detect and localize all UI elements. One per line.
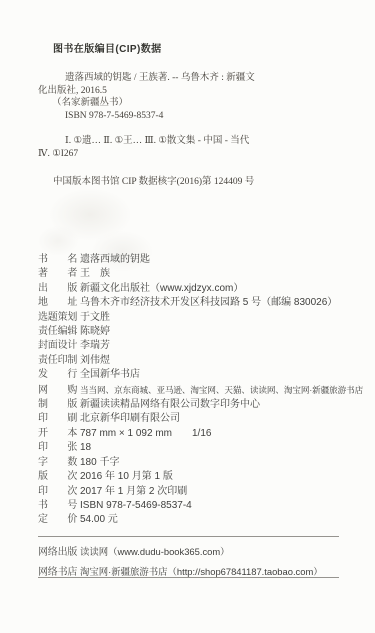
online-store-value: 读读网（www.dudu-book365.com）	[80, 542, 230, 561]
colophon-row: 出 版 新疆文化出版社（www.xjdzyx.com）	[38, 282, 369, 296]
colophon-row: 责任印制 刘伟煜	[38, 354, 369, 368]
colophon-row-label: 地 址	[38, 296, 79, 310]
colophon-row-label: 印 次	[38, 485, 79, 499]
cip-classification: Ⅰ. ①遗… Ⅱ. ①王… Ⅲ. ①散文集 - 中国 - 当代 Ⅳ. ①I267	[38, 135, 361, 161]
colophon-row: 制 版 新疆读读精品网络有限公司数字印务中心	[38, 398, 369, 412]
colophon-row-label: 责任印制	[38, 354, 79, 368]
colophon-row-label: 开 本	[38, 427, 79, 441]
colophon-row: 版 次 2016 年 10 月第 1 版	[38, 470, 369, 484]
colophon-row-label: 选题策划	[38, 311, 79, 325]
colophon-row-value: 新疆文化出版社（www.xjdzyx.com）	[80, 282, 243, 296]
colophon-row-label: 书 号	[38, 499, 79, 513]
colophon-row: 印 次 2017 年 1 月第 2 次印刷	[38, 485, 369, 499]
colophon-row-label: 著 者	[38, 267, 79, 281]
colophon-row: 网 购 当当网、京东商城、亚马逊、淘宝网、天猫、读读网、淘宝网·新疆旅游书店	[38, 383, 369, 398]
cip-class-line: Ⅰ. ①遗… Ⅱ. ①王… Ⅲ. ①散文集 - 中国 - 当代	[38, 135, 361, 148]
colophon-row: 地 址 乌鲁木齐市经济技术开发区科技园路 5 号（邮编 830026）	[38, 296, 369, 310]
colophon-row-label: 印 张	[38, 441, 79, 455]
online-store-label: 网络出版	[38, 543, 79, 562]
colophon-row-value: 180 千字	[80, 456, 119, 470]
colophon-row-label: 版 次	[38, 470, 79, 484]
colophon-row-label: 书 名	[38, 253, 79, 267]
colophon-row-value: 陈晓婷	[80, 325, 110, 339]
colophon-row-label: 网 购	[38, 384, 79, 398]
cip-record-number: 中国版本图书馆 CIP 数据核字(2016)第 124409 号	[53, 173, 254, 187]
colophon-row-value: 于文胜	[80, 311, 110, 325]
colophon-row: 封面设计 李瑞芳	[38, 339, 369, 353]
divider-line-bottom	[38, 577, 339, 578]
colophon-row: 书 名 遗落西域的钥匙	[38, 253, 369, 267]
colophon-row-label: 责任编辑	[38, 325, 79, 339]
colophon-row: 印 刷 北京新华印刷有限公司	[38, 412, 369, 426]
colophon-row-value: 遗落西域的钥匙	[80, 253, 150, 267]
cip-isbn-line: ISBN 978-7-5469-8537-4	[38, 110, 361, 123]
colophon-row: 发 行 全国新华书店	[38, 368, 369, 382]
online-store-table: 网络出版 读读网（www.dudu-book365.com） 网络书店 淘宝网·…	[38, 542, 369, 582]
online-store-row: 网络出版 读读网（www.dudu-book365.com）	[38, 542, 369, 562]
colophon-row-label: 字 数	[38, 456, 79, 470]
colophon-row-value: 北京新华印刷有限公司	[80, 412, 180, 426]
colophon-row: 定 价 54.00 元	[38, 513, 369, 527]
cip-desc-line: 化出版社, 2016.5	[38, 85, 361, 98]
colophon-row: 著 者 王 族	[38, 267, 369, 281]
colophon-row: 责任编辑 陈晓婷	[38, 325, 369, 339]
cip-desc-line: （名家新疆丛书）	[38, 97, 361, 110]
colophon-row-label: 出 版	[38, 282, 79, 296]
colophon-row-value: 2017 年 1 月第 2 次印刷	[80, 485, 187, 499]
colophon-row-value: 当当网、京东商城、亚马逊、淘宝网、天猫、读读网、淘宝网·新疆旅游书店	[80, 383, 363, 397]
colophon-row-value: 乌鲁木齐市经济技术开发区科技园路 5 号（邮编 830026）	[80, 296, 337, 310]
colophon-row-label: 印 刷	[38, 412, 79, 426]
colophon-row: 印 张 18	[38, 441, 369, 455]
colophon-row: 选题策划 于文胜	[38, 311, 369, 325]
colophon-row-value: ISBN 978-7-5469-8537-4	[80, 499, 192, 513]
colophon-row-label: 定 价	[38, 513, 79, 527]
online-store-value: 淘宝网·新疆旅游书店（http://shop67841187.taobao.co…	[80, 562, 323, 581]
colophon-row-value: 刘伟煜	[80, 354, 110, 368]
cip-desc-line: 遗落西域的钥匙 / 王族著. -- 乌鲁木齐 : 新疆文	[38, 72, 361, 85]
cip-description: 遗落西域的钥匙 / 王族著. -- 乌鲁木齐 : 新疆文 化出版社, 2016.…	[38, 72, 361, 122]
divider-line-top	[38, 536, 339, 537]
colophon-row-label: 制 版	[38, 398, 79, 412]
online-store-row: 网络书店 淘宝网·新疆旅游书店（http://shop67841187.taob…	[38, 562, 369, 582]
colophon-row-value: 李瑞芳	[80, 339, 110, 353]
colophon-row-value: 2016 年 10 月第 1 版	[80, 470, 173, 484]
colophon-row-value: 全国新华书店	[80, 368, 140, 382]
colophon-row: 书 号 ISBN 978-7-5469-8537-4	[38, 499, 369, 513]
colophon-row: 字 数 180 千字	[38, 456, 369, 470]
colophon-table: 书 名 遗落西域的钥匙 著 者 王 族 出 版 新疆文化出版社（www.xjdz…	[38, 253, 369, 528]
colophon-row-label: 发 行	[38, 368, 79, 382]
colophon-row-value: 54.00 元	[80, 513, 118, 527]
colophon-row-value: 787 mm × 1 092 mm 1/16	[80, 427, 211, 441]
online-store-label: 网络书店	[38, 563, 79, 582]
colophon-row-label: 封面设计	[38, 339, 79, 353]
copyright-page: 图书在版编目(CIP)数据 遗落西域的钥匙 / 王族著. -- 乌鲁木齐 : 新…	[0, 0, 375, 633]
cip-class-line: Ⅳ. ①I267	[38, 148, 361, 161]
colophon-row-value: 18	[80, 441, 91, 455]
colophon-row-value: 王 族	[80, 267, 110, 281]
cip-header: 图书在版编目(CIP)数据	[53, 40, 162, 55]
colophon-row: 开 本 787 mm × 1 092 mm 1/16	[38, 427, 369, 441]
colophon-row-value: 新疆读读精品网络有限公司数字印务中心	[80, 398, 260, 412]
